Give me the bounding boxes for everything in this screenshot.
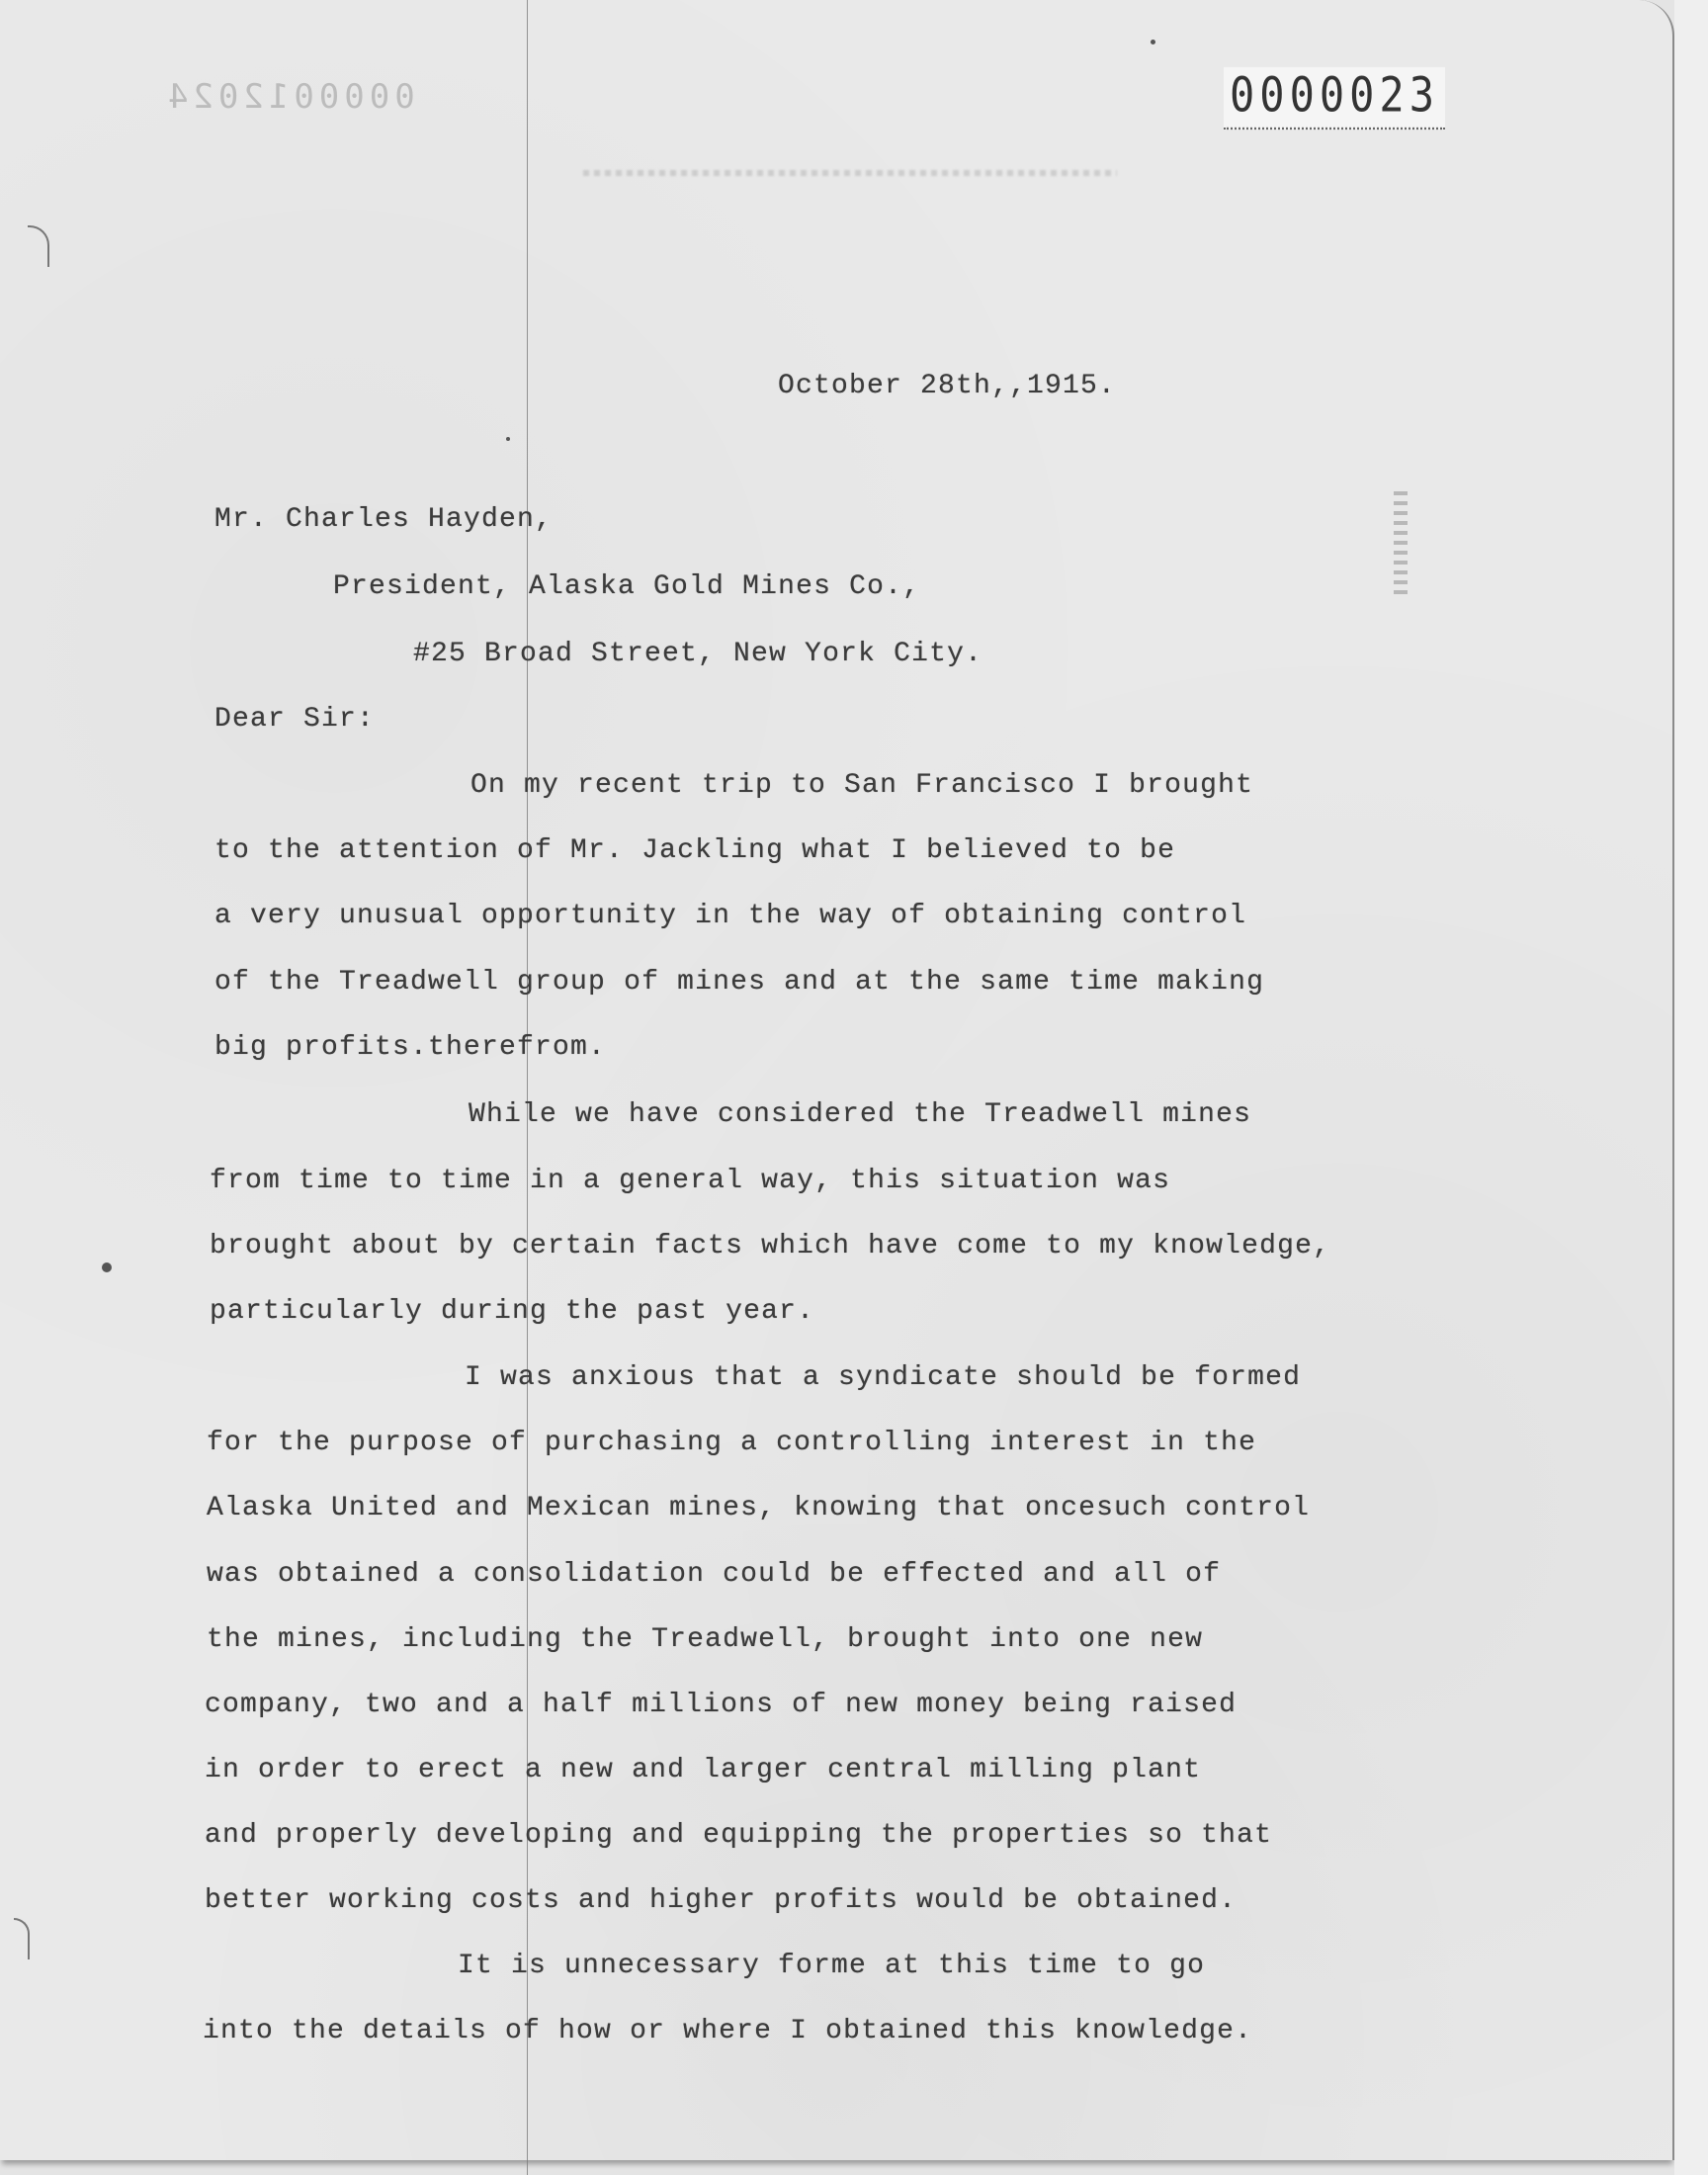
body-line: big profits.therefrom. (214, 1032, 606, 1063)
body-line: a very unusual opportunity in the way of… (214, 901, 1246, 931)
body-line: the mines, including the Treadwell, brou… (207, 1624, 1203, 1655)
body-line: Alaska United and Mexican mines, knowing… (207, 1493, 1310, 1523)
document-stamp-number: 0000023 (1224, 67, 1445, 130)
body-line: of the Treadwell group of mines and at t… (214, 967, 1264, 998)
body-line: was obtained a consolidation could be ef… (207, 1559, 1221, 1590)
body-line: While we have considered the Treadwell m… (469, 1099, 1251, 1130)
recipient-title: President, Alaska Gold Mines Co., (333, 571, 920, 602)
faint-letterhead-trace (583, 170, 1117, 176)
left-edge-mark (14, 1918, 30, 1959)
body-line: into the details of how or where I obtai… (203, 2016, 1252, 2046)
body-line: particularly during the past year. (210, 1296, 814, 1327)
body-line: On my recent trip to San Francisco I bro… (470, 770, 1253, 801)
body-line: for the purpose of purchasing a controll… (207, 1428, 1256, 1458)
body-line: from time to time in a general way, this… (210, 1166, 1170, 1196)
body-line: to the attention of Mr. Jackling what I … (214, 835, 1175, 866)
body-line: brought about by certain facts which hav… (210, 1231, 1330, 1261)
letter-page: 0000012024 0000023 October 28th,,1915. M… (0, 0, 1674, 2160)
recipient-name: Mr. Charles Hayden, (214, 504, 553, 535)
ink-spot (506, 437, 510, 441)
left-edge-mark (28, 225, 49, 267)
salutation: Dear Sir: (214, 704, 375, 735)
scan-background-margin (1674, 0, 1708, 2175)
body-line: better working costs and higher profits … (205, 1885, 1237, 1916)
ink-spot (1151, 40, 1155, 44)
body-line: I was anxious that a syndicate should be… (465, 1362, 1301, 1393)
body-line: It is unnecessary forme at this time to … (458, 1951, 1205, 1981)
recipient-address: #25 Broad Street, New York City. (413, 639, 982, 669)
body-line: in order to erect a new and larger centr… (205, 1755, 1201, 1785)
ink-spot (102, 1262, 112, 1272)
body-line: and properly developing and equipping th… (205, 1820, 1272, 1851)
letter-date: October 28th,,1915. (778, 371, 1116, 401)
body-line: company, two and a half millions of new … (205, 1690, 1237, 1720)
ghost-stamp-number: 0000012024 (163, 77, 415, 117)
margin-ink-marks (1394, 491, 1408, 600)
